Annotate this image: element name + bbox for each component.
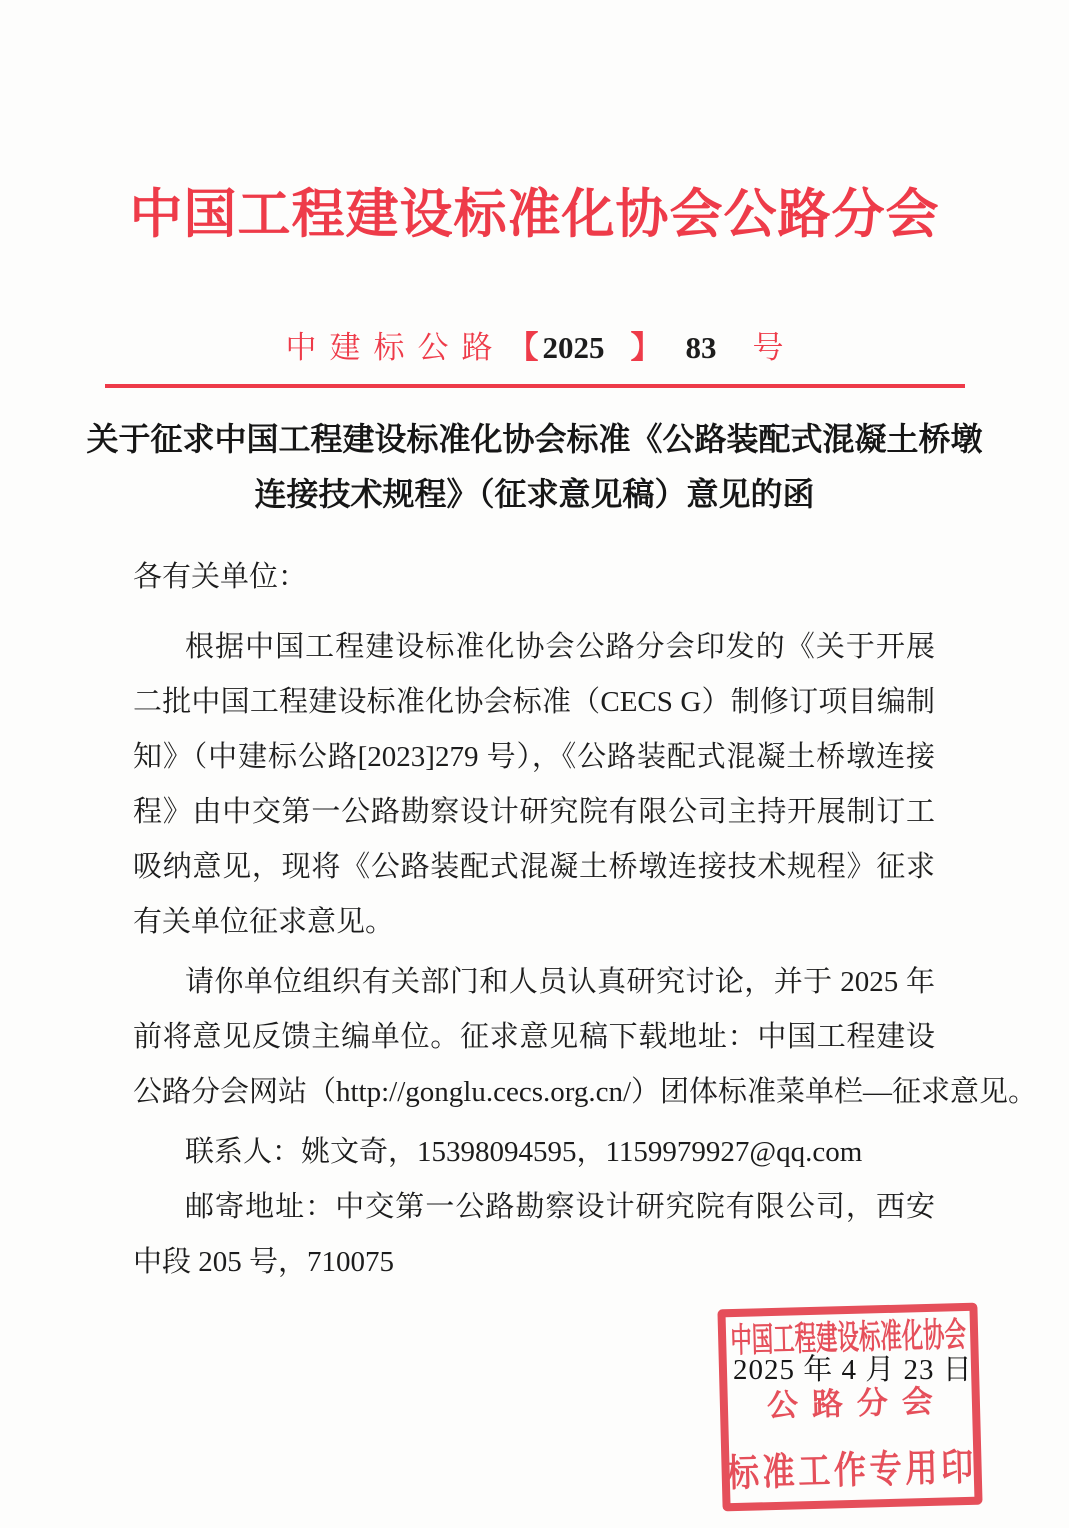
salutation: 各有关单位： [133, 550, 935, 605]
subject-title: 关于征求中国工程建设标准化协会标准《公路装配式混凝土桥墩 连接技术规程》（征求意… [67, 412, 1002, 522]
paragraph-line: 请你单位组织有关部门和人员认真研究讨论，并于 2025 年 5 月 23 日 [133, 955, 935, 1010]
letter-body: 各有关单位： 根据中国工程建设标准化协会公路分会印发的《关于开展 2023 年第… [133, 550, 935, 1290]
address-line: 邮寄地址：中交第一公路勘察设计研究院有限公司，西安市科技四路 [133, 1180, 935, 1235]
address-line: 中段 205 号，710075 [133, 1235, 935, 1290]
document-number: 中建标公路【2025】83号 [0, 326, 1069, 370]
paragraph-1: 根据中国工程建设标准化协会公路分会印发的《关于开展 2023 年第 二批中国工程… [133, 620, 935, 950]
subject-title-line2: 连接技术规程》（征求意见稿）意见的函 [67, 467, 1002, 522]
stamp-purpose-text: 标准工作专用印 [726, 1447, 977, 1496]
doc-number-bracket-open: 【 [508, 330, 539, 365]
stamp-branch-name: 公路分会 [752, 1383, 947, 1424]
letterhead-title: 中国工程建设标准化协会公路分会 [0, 180, 1069, 250]
official-seal-stamp: 中国工程建设标准化协会 公路分会 标准工作专用印 [717, 1303, 982, 1512]
doc-number-year: 2025 [543, 330, 605, 365]
paragraph-4: 邮寄地址：中交第一公路勘察设计研究院有限公司，西安市科技四路 中段 205 号，… [133, 1180, 935, 1290]
paragraph-line: 吸纳意见，现将《公路装配式混凝土桥墩连接技术规程》征求意见稿向各 [133, 840, 935, 895]
subject-title-line1: 关于征求中国工程建设标准化协会标准《公路装配式混凝土桥墩 [67, 412, 1002, 467]
paragraph-2: 请你单位组织有关部门和人员认真研究讨论，并于 2025 年 5 月 23 日 前… [133, 955, 935, 1120]
paragraph-line: 程》由中交第一公路勘察设计研究院有限公司主持开展制订工作。为广泛 [133, 785, 935, 840]
red-divider-line [105, 384, 965, 388]
paragraph-line: 公路分会网站（http://gonglu.cecs.org.cn/）团体标准菜单… [133, 1065, 935, 1120]
paragraph-3: 联系人：姚文奇，15398094595，1159979927@qq.com [133, 1125, 935, 1180]
paragraph-line: 二批中国工程建设标准化协会标准（CECS G）制修订项目编制工作的通 [133, 675, 935, 730]
paragraph-line: 前将意见反馈主编单位。征求意见稿下载地址：中国工程建设标准化协会 [133, 1010, 935, 1065]
doc-number-suffix: 号 [753, 330, 784, 365]
doc-number-prefix: 中建标公路 [286, 330, 506, 365]
stamp-org-name: 中国工程建设标准化协会 [730, 1317, 967, 1361]
doc-number-serial: 83 [686, 330, 717, 365]
paragraph-line: 知》（中建标公路[2023]279 号），《公路装配式混凝土桥墩连接技术规 [133, 730, 935, 785]
contact-line: 联系人：姚文奇，15398094595，1159979927@qq.com [133, 1125, 935, 1180]
paragraph-line: 有关单位征求意见。 [133, 895, 935, 950]
doc-number-bracket-close: 】 [631, 330, 662, 365]
paragraph-line: 根据中国工程建设标准化协会公路分会印发的《关于开展 2023 年第 [133, 620, 935, 675]
document-page: 中国工程建设标准化协会公路分会 中建标公路【2025】83号 关于征求中国工程建… [0, 0, 1069, 1528]
